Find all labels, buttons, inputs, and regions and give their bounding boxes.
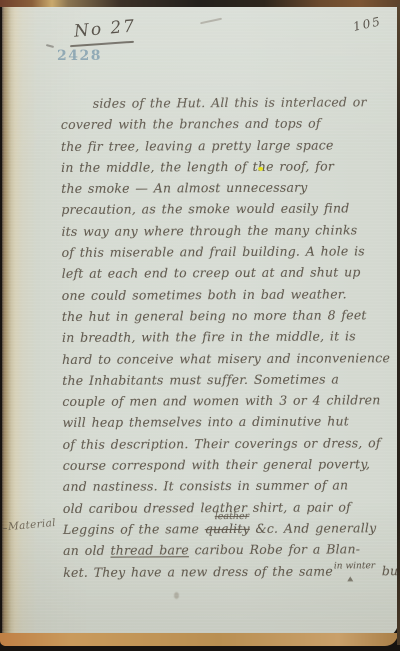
text-line: will heap themselves into a diminutive h… xyxy=(62,411,398,434)
underlined-words: thread bare xyxy=(110,542,188,557)
text-line: an old thread bare caribou Robe for a Bl… xyxy=(63,538,398,561)
text-segment: in the middle, the length of xyxy=(61,159,253,175)
text-line: left at each end to creep out at and shu… xyxy=(62,261,398,284)
text-line: couple of men and women with 3 or 4 chil… xyxy=(62,389,398,412)
margin-note-dash xyxy=(2,528,7,529)
scan-top-edge xyxy=(0,0,400,7)
struck-word: quality xyxy=(205,521,250,536)
text-line: the hut in general being no more than 8 … xyxy=(62,304,398,327)
text-line: the fir tree, leaving a pretty large spa… xyxy=(61,134,398,157)
manuscript-text: sides of the Hut. All this is interlaced… xyxy=(61,91,398,583)
correction-group: leatherquality xyxy=(205,521,250,536)
caret-mark xyxy=(347,576,353,581)
text-segment: roof, for xyxy=(274,158,334,173)
margin-note: Material xyxy=(8,517,57,533)
pencil-tick xyxy=(46,44,54,47)
text-line: Leggins of the same leatherquality &c. A… xyxy=(63,517,398,540)
inserted-words: in winter xyxy=(334,561,375,571)
page-bottom-curl-edge xyxy=(0,633,398,646)
manuscript-page: No 27 2428 105 sides of the Hut. All thi… xyxy=(2,4,398,641)
text-segment: an old xyxy=(63,543,110,558)
text-line: sides of the Hut. All this is interlaced… xyxy=(61,91,398,114)
text-line: of this description. Their coverings or … xyxy=(63,432,398,455)
text-segment: but xyxy=(376,563,398,578)
text-line: its way any where through the many chink… xyxy=(61,219,398,242)
doc-number-flourish xyxy=(70,41,134,47)
ink-smudge xyxy=(174,592,179,599)
highlighted-word: the xyxy=(253,159,274,174)
pencil-mark xyxy=(200,18,222,24)
text-line: precaution, as the smoke would easily fi… xyxy=(61,198,398,221)
text-line: in the middle, the length of the roof, f… xyxy=(61,155,398,178)
text-line: course correspond with their general pov… xyxy=(63,453,398,476)
text-line: of this miserable and frail building. A … xyxy=(62,240,398,263)
page-number: 105 xyxy=(352,14,383,34)
text-line: the Inhabitants must suffer. Sometimes a xyxy=(62,368,398,391)
text-line: hard to conceive what misery and inconve… xyxy=(62,347,398,370)
text-segment: ket. They have a new dress of the same xyxy=(63,563,333,579)
text-line: and nastiness. It consists in summer of … xyxy=(63,474,398,497)
text-segment: Leggins of the same xyxy=(63,521,205,537)
text-segment: &c. And generally xyxy=(250,520,377,536)
text-segment: caribou Robe for a Blan- xyxy=(189,542,360,558)
text-line: covered with the branches and tops of xyxy=(61,112,398,135)
text-line: ket. They have a new dress of the samein… xyxy=(63,560,398,583)
text-line: one could sometimes both in bad weather. xyxy=(62,283,398,306)
insertion-group: in winter xyxy=(333,563,376,578)
text-line: the smoke — An almost unnecessary xyxy=(61,176,398,199)
archive-stamp-number: 2428 xyxy=(57,48,102,64)
doc-number: No 27 xyxy=(73,16,137,41)
text-line: in breadth, with the fire in the middle,… xyxy=(62,325,398,348)
inserted-word-struck: leather xyxy=(215,512,249,521)
manuscript-scan: No 27 2428 105 sides of the Hut. All thi… xyxy=(0,0,400,651)
